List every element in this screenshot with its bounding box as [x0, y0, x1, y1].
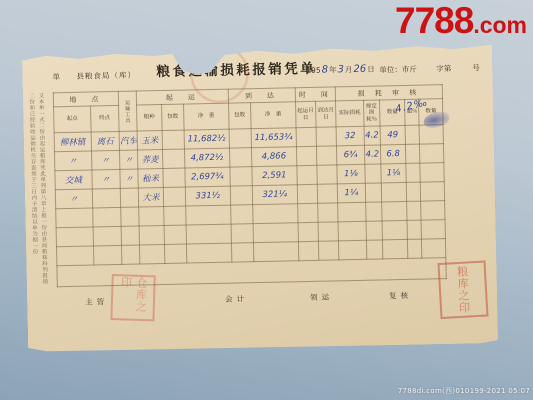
table-cell: [421, 201, 445, 220]
table-cell: 〃: [91, 150, 120, 170]
table-cell: [421, 220, 445, 239]
table-cell: [317, 184, 338, 203]
table-cell: 1¼: [337, 183, 365, 203]
signature-label-supervisor: 主管: [85, 296, 108, 307]
table-cell: 2,591: [252, 166, 297, 186]
table-cell: [420, 163, 444, 182]
table-cell: 离石: [91, 131, 120, 151]
table-cell: 〃: [91, 169, 120, 189]
table-cell: 〃: [55, 189, 92, 209]
photo-watermark: 7788di.com(西)010199-2021 05:07: [398, 386, 530, 396]
serial-label: 字第: [436, 63, 451, 74]
table-cell: 交城: [55, 170, 92, 190]
table-cell: [121, 207, 140, 226]
serial-suffix: 号: [472, 62, 480, 73]
table-cell: 11,682½: [184, 129, 229, 149]
table-cell: [139, 207, 164, 227]
table-cell: 〃: [55, 151, 92, 171]
table-cell: [422, 239, 446, 258]
form-prefix-label: 单: [52, 71, 60, 82]
table-cell: 6.8: [380, 144, 406, 164]
side-note-right: 又本单一式二份由起运粮库凭此单列第八章上报一份由县局粮秣科列报销: [37, 93, 48, 325]
table-cell: 2,697¾: [185, 167, 230, 187]
table-cell: [382, 220, 408, 240]
group-header-time: 时 间: [295, 87, 336, 102]
table-cell: 玉米: [137, 131, 162, 151]
date-day-handwritten: 26: [353, 64, 366, 75]
loss-report-table: 地 点 运输工具 起 运 到 达 时 间 损 耗 审 核 起点 终点 粮种 包数…: [53, 84, 447, 287]
side-notes: 又本单一式二份由起运粮库凭此单列第八章上报一份由县局粮秣科列报销 二份和已经验收…: [28, 93, 48, 325]
table-cell: [317, 165, 338, 184]
table-cell: [338, 202, 366, 222]
table-cell: [316, 127, 337, 146]
table-cell: [297, 203, 318, 222]
date-year-handwritten: 8: [322, 65, 329, 76]
table-cell: [296, 146, 317, 165]
table-cell: [339, 240, 367, 260]
logo-7788-text: 7788: [395, 0, 473, 41]
table-cell: [318, 241, 339, 260]
table-cell: [121, 245, 140, 264]
date-month-char: 月: [345, 65, 353, 74]
logo-com-text: .com: [473, 12, 527, 38]
table-cell: [56, 227, 93, 247]
table-cell: 6¾: [337, 145, 365, 165]
table-cell: 4.2: [364, 126, 381, 145]
table-cell: [407, 220, 422, 239]
vehicle-vertical-label: 运输工具: [124, 99, 132, 123]
table-cell: [186, 224, 231, 244]
table-cell: [338, 221, 366, 241]
table-cell: [230, 205, 253, 224]
table-cell: [231, 243, 254, 262]
column-header-net2: 净 重: [250, 102, 295, 129]
table-cell: 32: [336, 126, 364, 146]
site-logo: 7788.com: [395, 0, 527, 42]
group-header-place: 地 点: [53, 91, 118, 106]
signature-label-transporter: 领运: [310, 291, 333, 302]
table-cell: [162, 168, 185, 187]
red-seal-right-text: 粮库之印: [454, 265, 472, 314]
table-cell: [405, 125, 420, 144]
table-body: 柳林镇离石汽车玉米11,682½11,653¾324.249〃〃〃荞麦4,872…: [54, 125, 446, 266]
table-cell: [229, 167, 252, 186]
column-header-end: 终点: [90, 105, 119, 132]
table-cell: [230, 186, 253, 205]
table-cell: [186, 205, 231, 225]
table-cell: 11,653¾: [251, 128, 296, 148]
column-header-allowed-rate: 规定损耗％: [363, 100, 380, 126]
table-cell: [163, 206, 186, 225]
table-cell: 321¼: [252, 185, 297, 205]
table-cell: [231, 224, 254, 243]
photo-background: 7788.com 又本单一式二份由起运粮库凭此单列第八章上报一份由县局粮秣科列报…: [0, 0, 533, 400]
table-cell: [253, 223, 298, 243]
table-cell: [366, 240, 383, 259]
table-cell: 秈米: [138, 169, 163, 189]
table-cell: [421, 182, 445, 201]
table-cell: 49: [380, 125, 406, 145]
column-header-depart-date: 起运月日: [295, 101, 316, 127]
table-cell: [56, 208, 93, 228]
table-cell: [253, 204, 298, 224]
red-seal-left: 仓库之印: [110, 274, 155, 321]
table-cell: [365, 183, 382, 202]
column-header-bags1: 包数: [161, 104, 184, 130]
table-cell: [318, 203, 339, 222]
table-cell: 4,866: [251, 147, 296, 167]
table-cell: 4.2: [364, 145, 381, 164]
table-cell: [296, 127, 317, 146]
red-seal-left-text: 仓库之印: [117, 276, 149, 319]
date-month-handwritten: 3: [337, 64, 344, 75]
table-cell: [253, 242, 298, 262]
org-label: 县粮食局（库）: [76, 70, 136, 82]
table-cell: [162, 149, 185, 168]
table-cell: [229, 129, 252, 148]
column-header-arrive-date: 到达月日: [315, 101, 336, 127]
table-cell: [92, 207, 121, 227]
table-cell: [382, 239, 408, 259]
table-cell: 柳林镇: [54, 132, 91, 152]
table-cell: [381, 182, 407, 202]
table-cell: [140, 245, 165, 265]
table-cell: [163, 187, 186, 206]
table-cell: [120, 188, 139, 207]
document-paper: 又本单一式二份由起运粮库凭此单列第八章上报一份由县局粮秣科列报销 二份和已经验收…: [22, 41, 498, 353]
table-cell: 汽车: [119, 131, 138, 150]
unit-label: 单位：市斤: [379, 64, 417, 76]
table-cell: [139, 226, 164, 246]
date-year-char: 年: [329, 65, 337, 74]
table-cell: [364, 164, 381, 183]
table-cell: [420, 144, 444, 163]
date-day-char: 日: [367, 65, 375, 74]
table-cell: [296, 165, 317, 184]
table-cell: [229, 148, 252, 167]
table-cell: 〃: [119, 150, 138, 169]
table-cell: [316, 146, 337, 165]
form-date: 1958年3月26日: [306, 64, 375, 76]
red-seal-right: 粮库之印: [437, 260, 488, 319]
table-cell: [56, 246, 93, 266]
signature-label-reviewer: 复核: [389, 290, 412, 301]
table-cell: [186, 243, 231, 263]
column-header-net1: 净 重: [183, 103, 228, 130]
signature-label-accountant: 会计: [225, 293, 248, 304]
group-header-vehicle: 运输工具: [118, 91, 137, 131]
table-cell: [365, 202, 382, 221]
table-cell: 大米: [139, 188, 164, 208]
table-cell: [93, 245, 122, 265]
table-cell: [121, 226, 140, 245]
table-cell: [406, 163, 421, 182]
column-header-grain: 粮种: [137, 105, 162, 132]
table-cell: 荞麦: [138, 150, 163, 170]
table-cell: [92, 188, 121, 208]
table-cell: [164, 244, 187, 263]
date-year-printed: 195: [306, 66, 321, 75]
table-cell: [406, 144, 421, 163]
table-cell: 331½: [185, 186, 230, 206]
table-cell: [318, 222, 339, 241]
table-cell: [162, 130, 185, 149]
table-cell: [164, 225, 187, 244]
table-cell: [406, 182, 421, 201]
table-cell: [381, 201, 407, 221]
table-cell: 4,872½: [184, 148, 229, 168]
table-cell: 1⅛: [337, 164, 365, 184]
group-header-arrive: 到 达: [228, 88, 295, 103]
table-cell: [298, 222, 319, 241]
table-cell: [407, 201, 422, 220]
table-cell: [298, 241, 319, 260]
table-cell: 〃: [120, 169, 139, 188]
table-cell: [297, 184, 318, 203]
column-header-actual-loss: 实际损耗: [336, 100, 364, 127]
table-cell: [408, 239, 423, 258]
column-header-start: 起点: [54, 106, 91, 133]
table-cell: [93, 226, 122, 246]
table-cell: 1⅛: [381, 163, 407, 183]
table-cell: [366, 221, 383, 240]
column-header-bags2: 包数: [228, 103, 251, 129]
